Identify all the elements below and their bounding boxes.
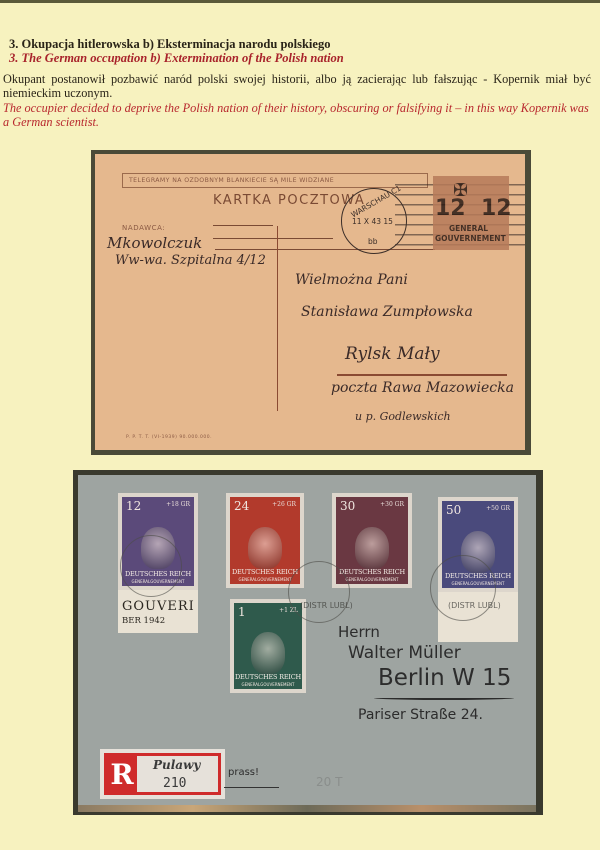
portrait-icon [355,527,389,569]
stamp-issuer: GENERALGOUVERNEMENT [234,682,302,687]
indicium-value-right: 12 [481,196,512,221]
stamp-surcharge: +50 GR [486,505,510,512]
portrait-icon [248,527,282,569]
recipient-line: Herrn [338,623,380,641]
stamp-value: 50 [446,503,461,517]
cancel-text: (DISTR LUBL) [300,601,353,610]
stamp-country: DEUTSCHES REICH [234,673,302,681]
stamp-country: DEUTSCHES REICH [336,568,408,576]
registration-number: 210 [163,776,186,791]
postcard-title: KARTKA POCZTOWA [213,193,365,208]
postmark-code: bb [368,237,378,246]
pencil-note: 20 T [316,775,342,789]
indicium-value-left: 12 [435,196,466,221]
postmark-cancel [430,555,496,621]
postmark-date: 11 X 43 15 [352,217,393,226]
address-underline [337,374,507,376]
imprinted-stamp-indicium: ✠ 12 12 GENERAL GOUVERNEMENT [433,176,509,250]
recipient-line: Rylsk Mały [345,344,440,364]
recipient-line: Stanisława Zumpłowska [301,304,473,320]
indicium-text-gouvernement: GOUVERNEMENT [435,234,506,243]
cancel-text: (DISTR LUBL) [448,601,501,610]
postmark-cancel [288,561,350,623]
postcard: TELEGRAMY NA OZDOBNYM BLANKIECIE SĄ MILE… [91,150,531,455]
express-note: prass! [228,767,259,778]
stamp-country: DEUTSCHES REICH [230,568,300,576]
description-polish: Okupant postanowił pozbawić naród polski… [3,72,591,100]
postmark-cancel [120,535,182,597]
address-rule [213,238,333,239]
stamp-design: 30+30 GRDEUTSCHES REICHGENERALGOUVERNEME… [336,497,408,584]
section-title-english: 3. The German occupation b) Exterminatio… [9,51,344,66]
sender-address: Ww-wa. Szpitalna 4/12 [115,253,266,268]
stamp-surcharge: +26 GR [272,501,296,508]
envelope-edge [78,805,536,812]
selvage-text: GOUVERI [122,599,195,614]
postmark-circle: WARSCHAU C1 11 X 43 15 bb [341,188,407,254]
registration-label: R Pulawy 210 [100,749,225,799]
portrait-icon [251,632,285,674]
recipient-line: Pariser Straße 24. [358,707,483,723]
sender-name: Mkowolczuk [107,234,202,252]
indicium-text-general: GENERAL [449,224,488,233]
recipient-line: u p. Godlewskich [355,410,451,423]
section-title-polish: 3. Okupacja hitlerowska b) Eksterminacja… [9,37,330,52]
telegram-banner: TELEGRAMY NA OZDOBNYM BLANKIECIE SĄ MILE… [122,173,428,188]
description-english: The occupier decided to deprive the Poli… [3,101,591,129]
registration-letter: R [107,756,137,792]
registered-envelope: GOUVERI BER 1942 12+18 GRDEUTSCHES REICH… [73,470,543,815]
recipient-line: Walter Müller [348,643,461,663]
stamp-1zl-copernicus: 1+1 ZLDEUTSCHES REICHGENERALGOUVERNEMENT [230,599,306,693]
address-rule [213,225,273,226]
sender-label: NADAWCA: [122,224,165,232]
printer-note: P. P. T. T. (VI-1939) 90.000.000. [126,435,212,440]
stamp-design: 24+26 GRDEUTSCHES REICHGENERALGOUVERNEME… [230,497,300,584]
note-underline [224,787,279,788]
recipient-line: Wielmożna Pani [295,272,408,288]
divider-line [277,226,278,411]
stamp-value: 1 [238,605,246,619]
selvage-text: BER 1942 [122,616,165,626]
stamp-value: 24 [234,499,249,513]
stamp-value: 12 [126,499,141,513]
envelope-face: GOUVERI BER 1942 12+18 GRDEUTSCHES REICH… [78,475,536,805]
postcard-face: TELEGRAMY NA OZDOBNYM BLANKIECIE SĄ MILE… [95,154,525,450]
top-border [0,0,600,3]
stamp-value: 30 [340,499,355,513]
recipient-line: poczta Rawa Mazowiecka [331,380,514,396]
recipient-line: Berlin W 15 [378,665,511,691]
address-underline [374,696,514,700]
stamp-surcharge: +30 GR [380,501,404,508]
registration-place: Pulawy [153,758,200,772]
stamp-design: 1+1 ZLDEUTSCHES REICHGENERALGOUVERNEMENT [234,603,302,689]
postmark-city: WARSCHAU C1 [350,184,403,220]
stamp-surcharge: +18 GR [166,501,190,508]
